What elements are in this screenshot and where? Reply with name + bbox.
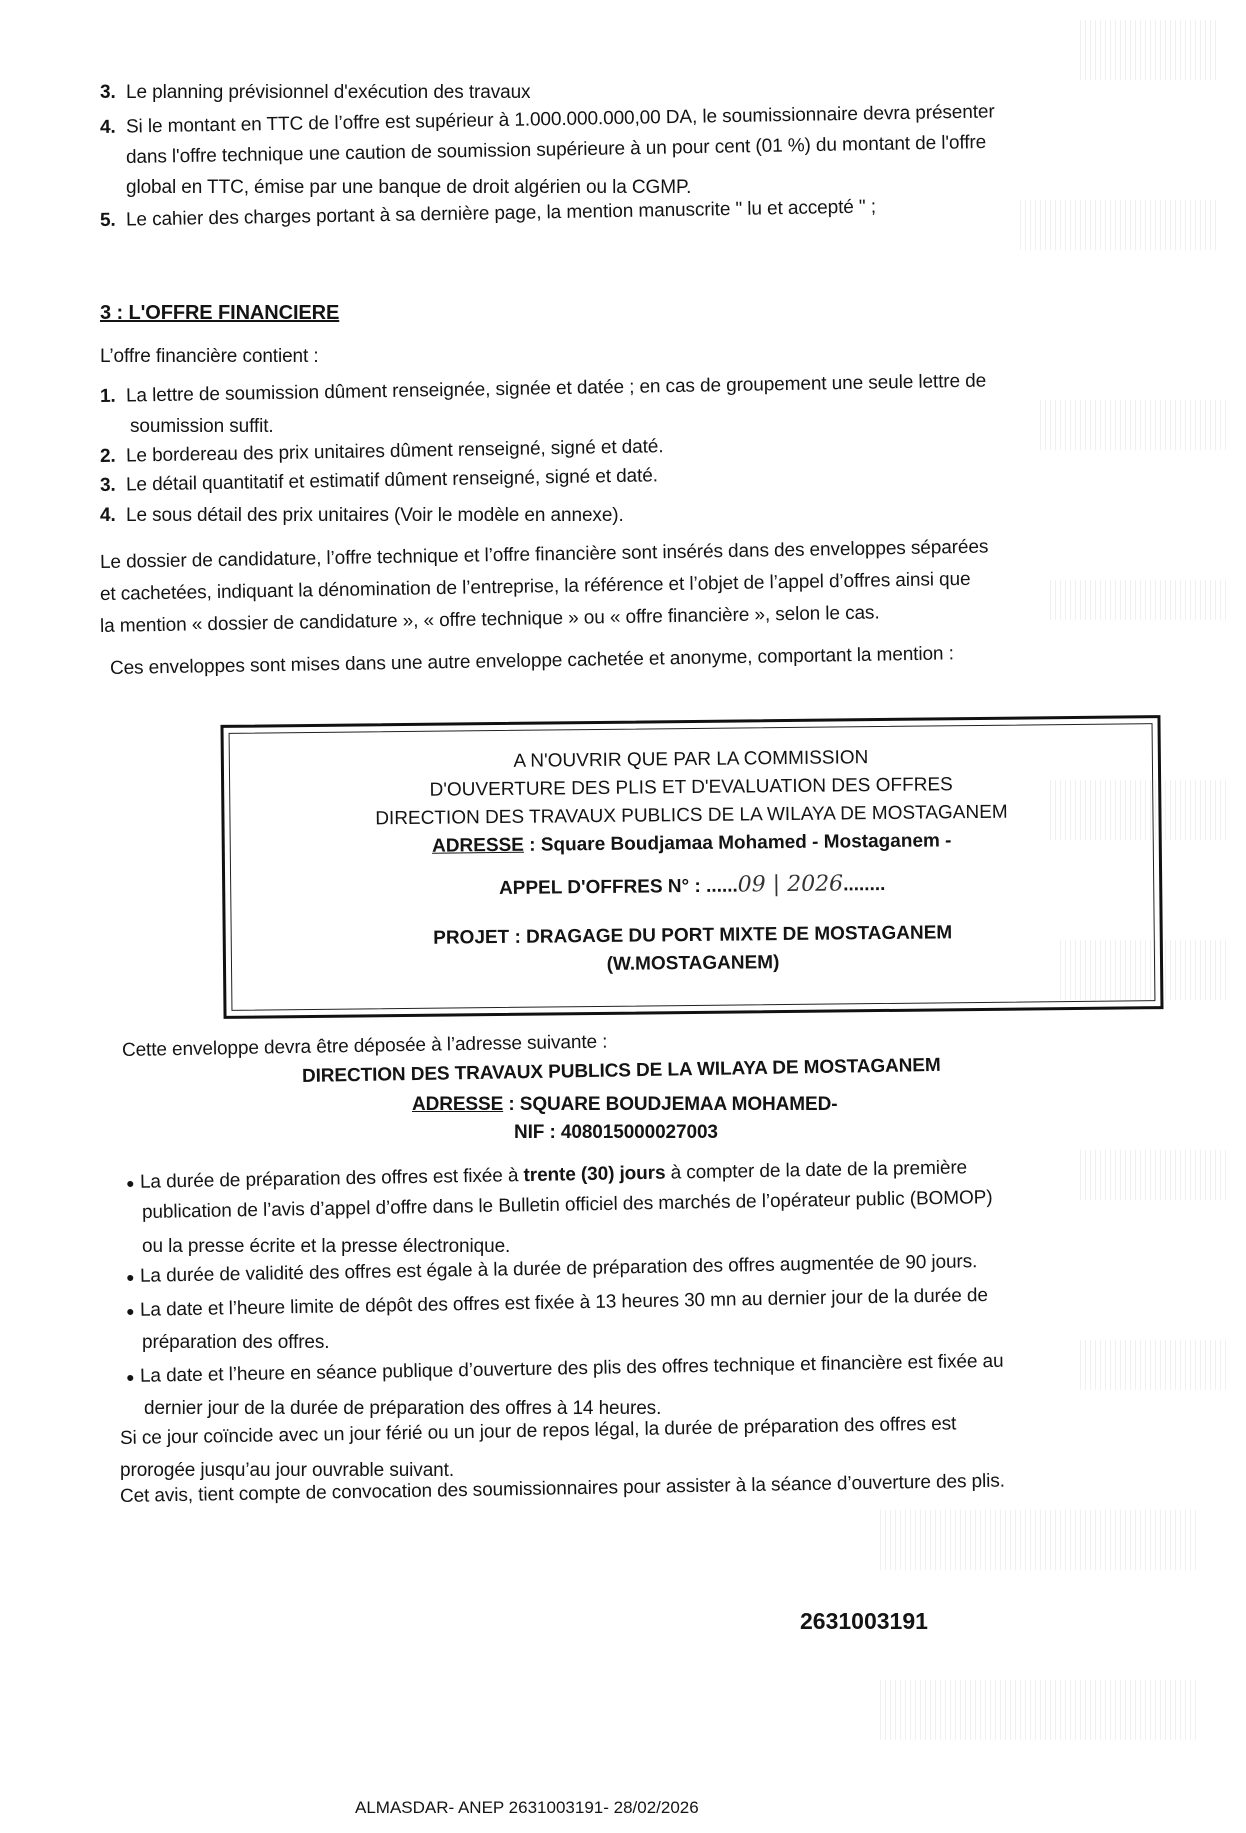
condition-continuation: préparation des offres. bbox=[142, 1332, 329, 1354]
scan-artifact bbox=[1080, 1340, 1230, 1390]
scan-artifact bbox=[1080, 1150, 1230, 1200]
scan-artifact bbox=[1080, 20, 1220, 80]
envelope-note: Ces enveloppes sont mises dans une autre… bbox=[110, 643, 954, 680]
document-page: 3.Le planning prévisionnel d'exécution d… bbox=[0, 0, 1246, 1833]
bullet-icon: ● bbox=[126, 1366, 140, 1388]
deposit-intro: Cette enveloppe devra être déposée à l’a… bbox=[122, 1032, 608, 1062]
bullet-icon: ● bbox=[126, 1300, 140, 1322]
list-item: 4.Le sous détail des prix unitaires (Voi… bbox=[100, 505, 624, 527]
condition-continuation: ou la presse écrite et la presse électro… bbox=[142, 1236, 510, 1258]
box-line-3: DIRECTION DES TRAVAUX PUBLICS DE LA WILA… bbox=[230, 800, 1152, 832]
deposit-nif: NIF : 408015000027003 bbox=[514, 1122, 718, 1144]
list-item: 5.Le cahier des charges portant à sa der… bbox=[100, 196, 876, 232]
section-intro: L’offre financière contient : bbox=[100, 346, 319, 368]
condition-continuation: dernier jour de la durée de préparation … bbox=[144, 1398, 661, 1420]
condition-bullet: ●La date et l’heure limite de dépôt des … bbox=[126, 1285, 988, 1322]
bullet-icon: ● bbox=[126, 1172, 140, 1194]
scan-artifact bbox=[880, 1510, 1200, 1570]
deposit-address: ADRESSE : SQUARE BOUDJEMAA MOHAMED- bbox=[412, 1094, 837, 1116]
projet-title: PROJET : DRAGAGE DU PORT MIXTE DE MOSTAG… bbox=[232, 920, 1154, 952]
scan-artifact bbox=[880, 1680, 1200, 1740]
condition-continuation: publication de l’avis d’appel d’offre da… bbox=[142, 1187, 993, 1224]
box-line-1: A N'OUVRIR QUE PAR LA COMMISSION bbox=[230, 744, 1152, 776]
scan-artifact bbox=[1040, 400, 1230, 450]
list-item: 3.Le détail quantitatif et estimatif dûm… bbox=[100, 465, 658, 497]
paragraph-line: Le dossier de candidature, l’offre techn… bbox=[100, 536, 989, 574]
reference-number: 2631003191 bbox=[800, 1608, 928, 1635]
paragraph-line: la mention « dossier de candidature », «… bbox=[100, 602, 880, 638]
footer-source: ALMASDAR- ANEP 2631003191- 28/02/2026 bbox=[355, 1798, 699, 1818]
list-item: 3.Le planning prévisionnel d'exécution d… bbox=[100, 82, 530, 104]
list-item-continuation: soumission suffit. bbox=[130, 416, 274, 438]
deposit-direction: DIRECTION DES TRAVAUX PUBLICS DE LA WILA… bbox=[302, 1055, 941, 1088]
condition-bullet: ●La durée de préparation des offres est … bbox=[126, 1157, 967, 1194]
list-item-continuation: global en TTC, émise par une banque de d… bbox=[126, 177, 691, 199]
scan-artifact bbox=[1020, 200, 1220, 250]
paragraph-line: et cachetées, indiquant la dénomination … bbox=[100, 569, 971, 606]
scan-artifact bbox=[1050, 580, 1230, 620]
section-heading: 3 : L'OFFRE FINANCIERE bbox=[100, 302, 339, 324]
envelope-label-box: A N'OUVRIR QUE PAR LA COMMISSION D'OUVER… bbox=[220, 715, 1163, 1019]
holiday-note: prorogée jusqu’au jour ouvrable suivant. bbox=[120, 1460, 454, 1482]
projet-subtitle: (W.MOSTAGANEM) bbox=[232, 948, 1154, 980]
list-item-continuation: dans l'offre technique une caution de so… bbox=[126, 132, 987, 169]
handwritten-number: 09 | 2026 bbox=[738, 871, 844, 897]
condition-bullet: ●La date et l’heure en séance publique d… bbox=[126, 1351, 1004, 1388]
list-item: 2.Le bordereau des prix unitaires dûment… bbox=[100, 436, 664, 468]
appel-doffres-number: APPEL D'OFFRES N° : ......09 | 2026.....… bbox=[231, 870, 1153, 903]
list-item: 1.La lettre de soumission dûment renseig… bbox=[100, 371, 986, 408]
box-address: ADRESSE : Square Boudjamaa Mohamed - Mos… bbox=[231, 828, 1153, 860]
box-line-2: D'OUVERTURE DES PLIS ET D'EVALUATION DES… bbox=[230, 772, 1152, 804]
bullet-icon: ● bbox=[126, 1266, 140, 1288]
